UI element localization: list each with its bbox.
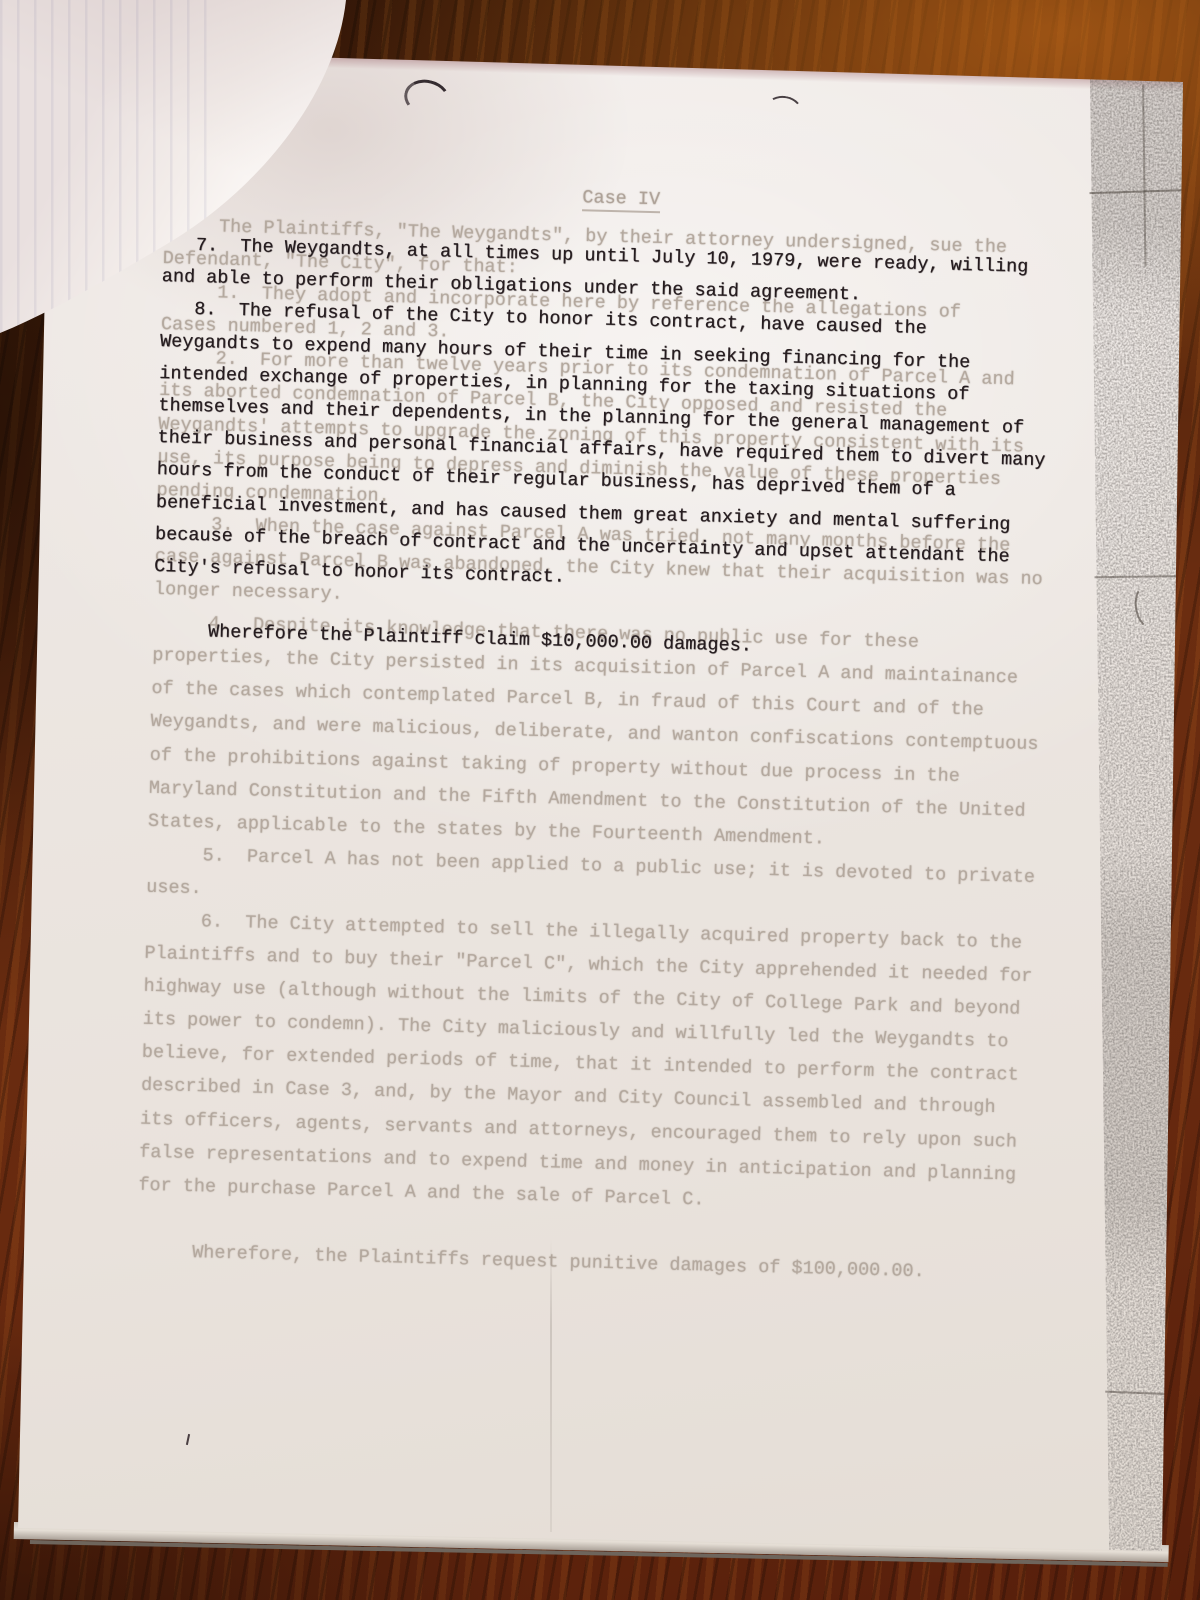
- punch-hole-mark-icon: [400, 75, 453, 121]
- punch-hole-mark-icon: [764, 93, 804, 127]
- typed-text-block: 7. The Weygandts, at all times up until …: [152, 229, 1051, 671]
- stray-ink-mark: [186, 1434, 190, 1445]
- desk-photo-scene: Case IV The Plaintiffs, "The Weygandts",…: [0, 0, 1200, 1600]
- ghost-case-heading-text: Case IV: [582, 187, 660, 213]
- paper-crease-line: [550, 1238, 552, 1532]
- typed-document-page: Case IV The Plaintiffs, "The Weygandts",…: [0, 0, 1200, 1600]
